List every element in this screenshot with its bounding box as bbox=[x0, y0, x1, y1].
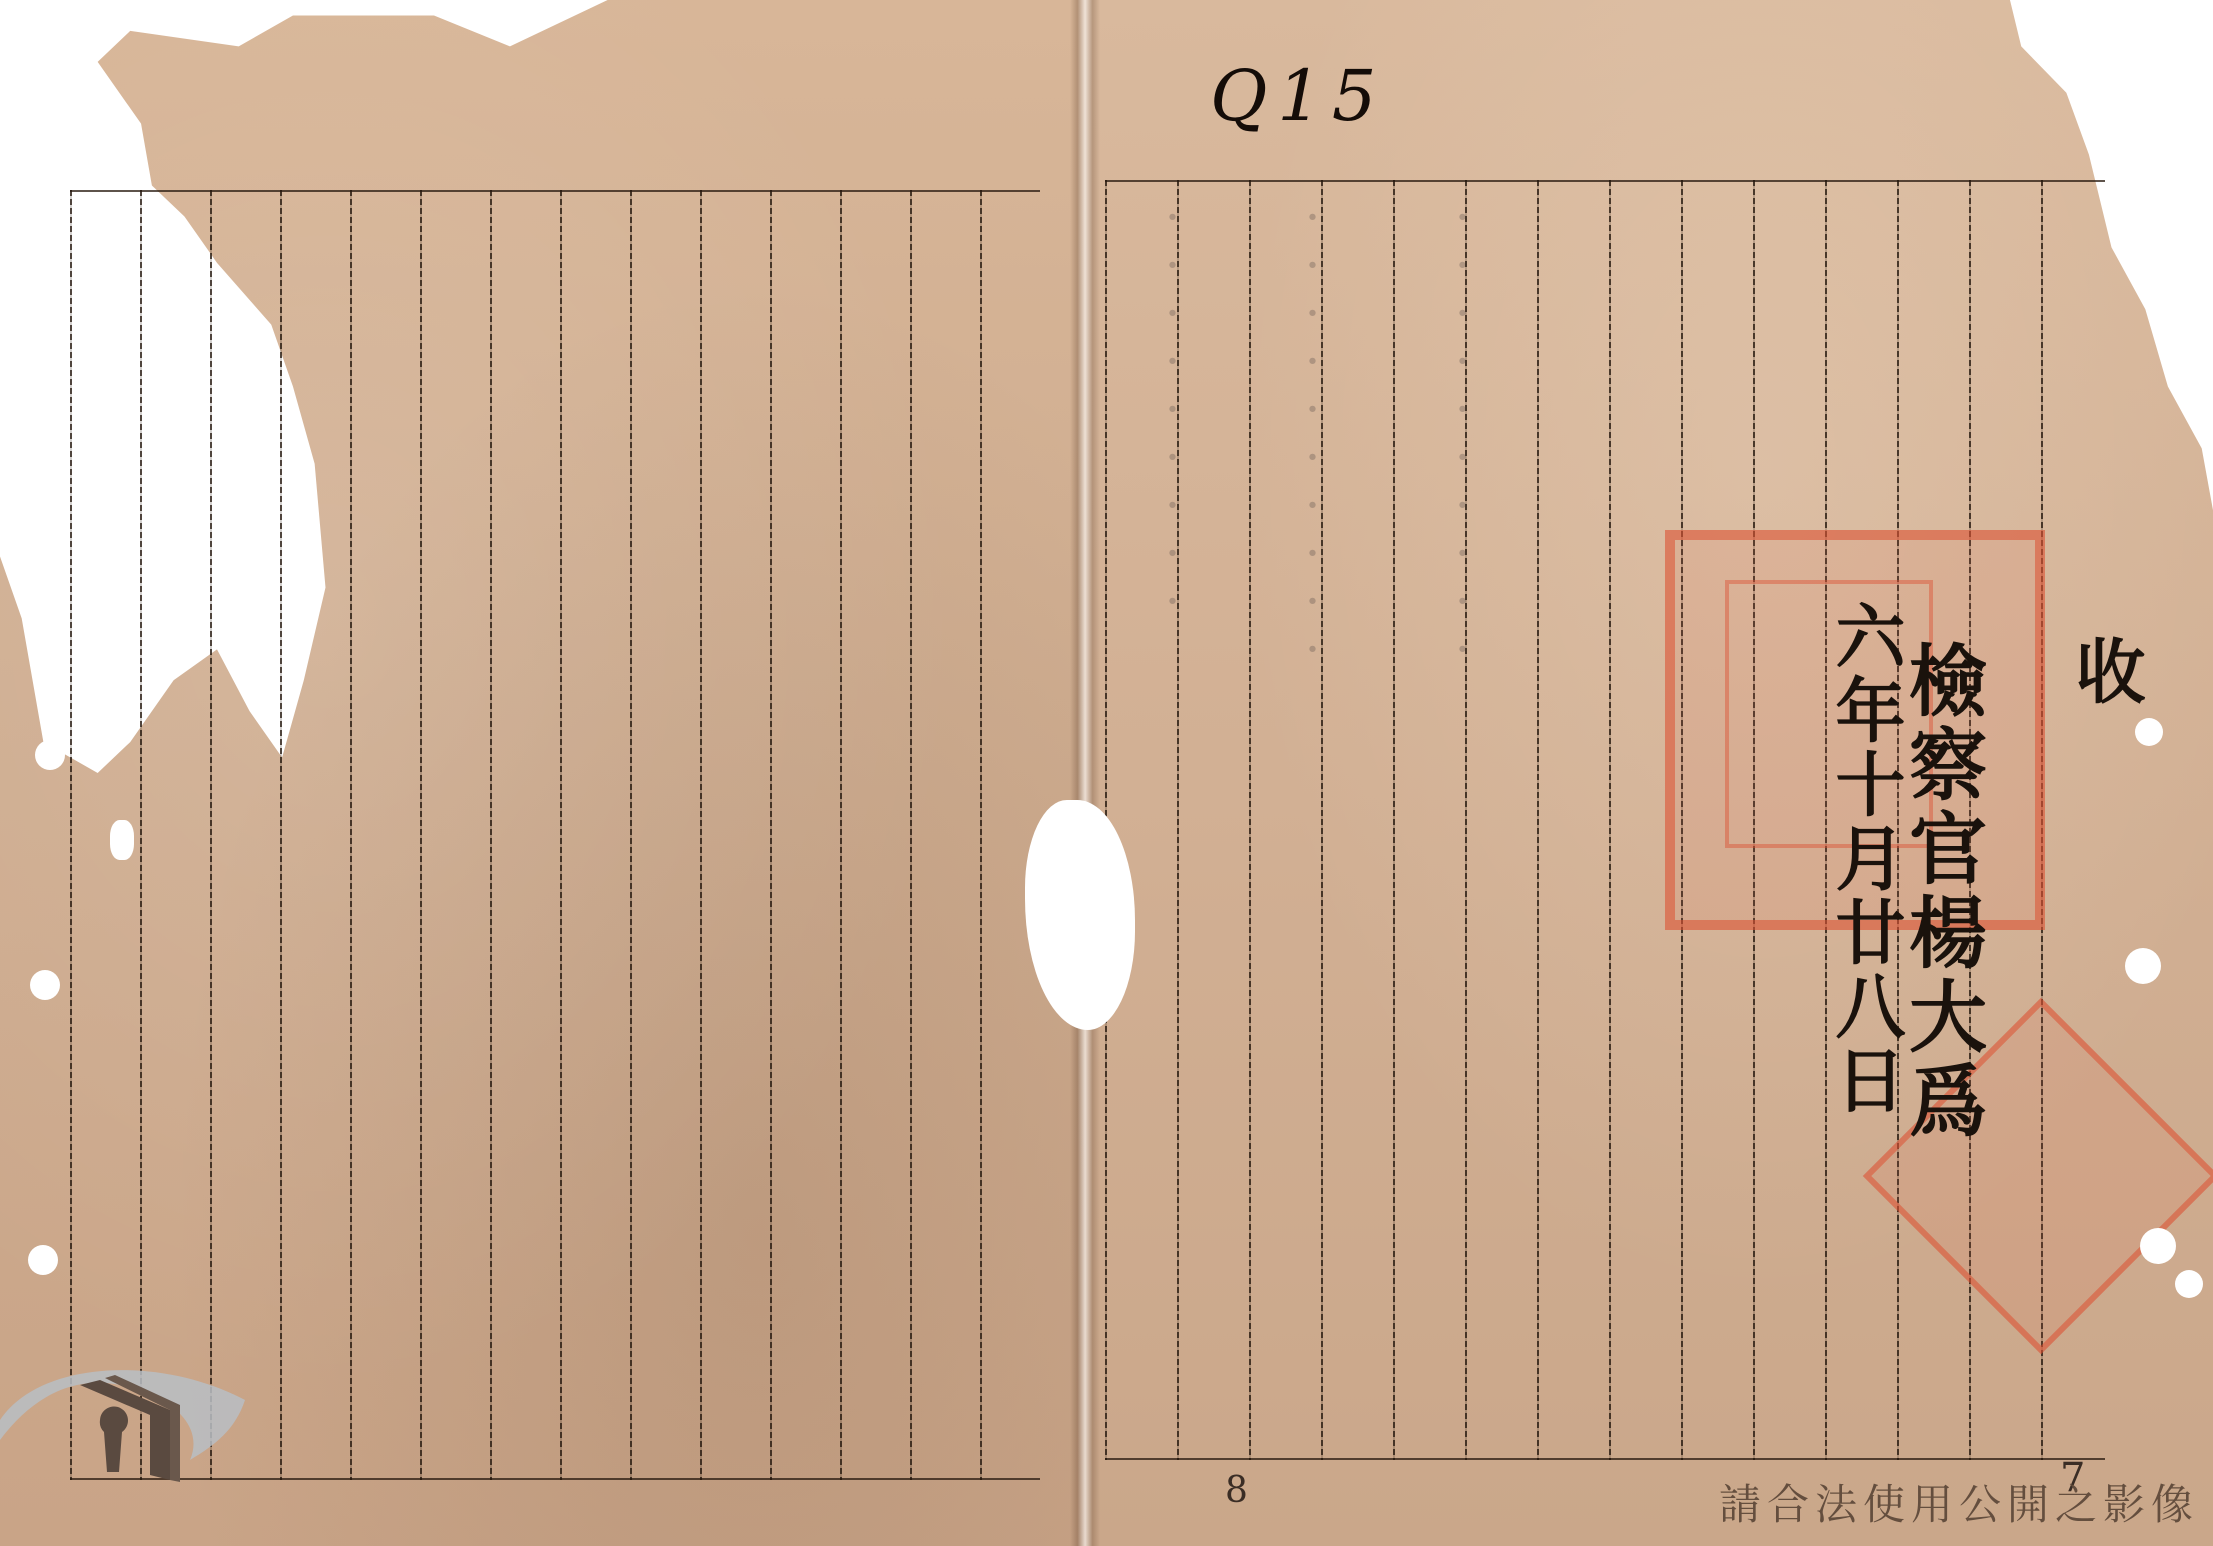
ruling-line bbox=[560, 190, 562, 1480]
ruling-line bbox=[1537, 180, 1539, 1460]
ruling-line bbox=[910, 190, 912, 1480]
book-keyhole-icon bbox=[0, 1340, 250, 1490]
page-number: 8 bbox=[1225, 1470, 1248, 1511]
ruling-line bbox=[280, 190, 282, 1480]
reference-number: Q15 bbox=[1210, 55, 1386, 137]
usage-watermark: 請合法使用公開之影像 bbox=[1719, 1472, 2199, 1532]
ruling-line bbox=[490, 190, 492, 1480]
ruling-line bbox=[70, 190, 72, 1480]
ruling-line bbox=[840, 190, 842, 1480]
ruling-line bbox=[1609, 180, 1611, 1460]
ruling-line bbox=[770, 190, 772, 1480]
document-date: 六年十月廿八日 bbox=[1815, 600, 1916, 1118]
punch-hole bbox=[110, 820, 134, 860]
ruling-line bbox=[630, 190, 632, 1480]
punch-hole bbox=[2135, 718, 2163, 746]
ruling-line bbox=[210, 190, 212, 1480]
punch-hole bbox=[2175, 1270, 2203, 1298]
faded-text-column: ・・・・・・・・・・ bbox=[1285, 200, 1334, 1100]
ruling-line bbox=[980, 190, 982, 1480]
ruling-line bbox=[1249, 180, 1251, 1460]
left-page bbox=[0, 0, 1085, 1546]
scanned-document: ・・・・・・・・・ ・・・・・・・・・・ ・・・・・・・・・・ Q15 收 檢察… bbox=[0, 0, 2213, 1546]
left-page-ruling bbox=[70, 190, 1040, 1480]
punch-hole bbox=[2140, 1228, 2176, 1264]
punch-hole bbox=[2125, 948, 2161, 984]
center-fold bbox=[1070, 0, 1100, 1546]
ruling-line bbox=[1393, 180, 1395, 1460]
received-mark: 收 bbox=[2055, 635, 2156, 705]
ruling-border bbox=[70, 190, 1040, 1480]
faded-text-column: ・・・・・・・・・ bbox=[1145, 200, 1194, 900]
ruling-line bbox=[350, 190, 352, 1480]
ruling-line bbox=[420, 190, 422, 1480]
ruling-line bbox=[140, 190, 142, 1480]
faded-text-column: ・・・・・・・・・・ bbox=[1435, 200, 1484, 1100]
right-page: ・・・・・・・・・ ・・・・・・・・・・ ・・・・・・・・・・ bbox=[1085, 0, 2213, 1546]
ruling-line bbox=[700, 190, 702, 1480]
punch-hole bbox=[28, 1245, 58, 1275]
punch-hole bbox=[35, 740, 65, 770]
punch-hole bbox=[30, 970, 60, 1000]
